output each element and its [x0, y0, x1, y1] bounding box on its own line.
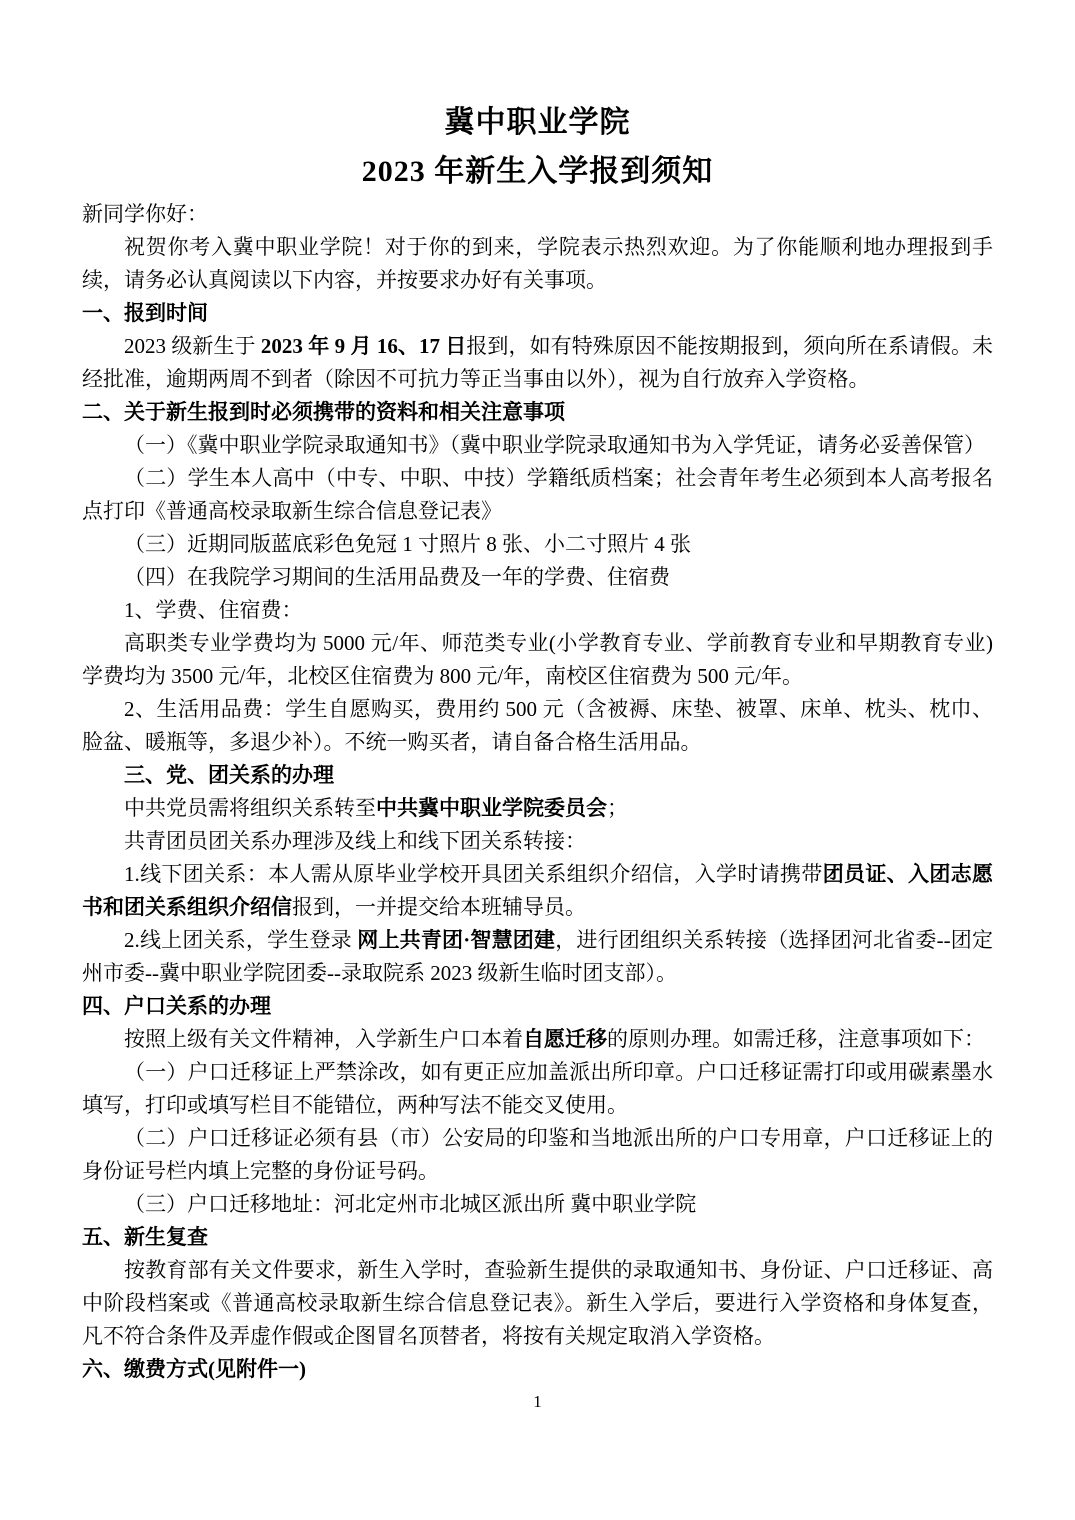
bold-text-run: 五、新生复查 — [82, 1225, 208, 1249]
text-run: ； — [607, 796, 628, 820]
text-run: （一）《冀中职业学院录取通知书》（冀中职业学院录取通知书为入学凭证，请务必妥善保… — [124, 433, 985, 457]
title-block: 冀中职业学院 2023 年新生入学报到须知 — [82, 98, 993, 196]
bold-text-run: 二、关于新生报到时必须携带的资料和相关注意事项 — [82, 400, 565, 424]
section-heading: 六、缴费方式(见附件一) — [82, 1353, 993, 1386]
paragraph: 按教育部有关文件要求，新生入学时，查验新生提供的录取通知书、身份证、户口迁移证、… — [82, 1254, 993, 1353]
text-run: 新同学你好： — [82, 202, 208, 226]
text-run: （四）在我院学习期间的生活用品费及一年的学费、住宿费 — [124, 565, 670, 589]
document-title: 冀中职业学院 — [82, 98, 993, 147]
document-content: 冀中职业学院 2023 年新生入学报到须知 新同学你好：祝贺你考入冀中职业学院！… — [82, 98, 993, 1386]
paragraph: 新同学你好： — [82, 198, 993, 231]
bold-text-run: 一、报到时间 — [82, 301, 208, 325]
bold-text-run: 自愿迁移 — [523, 1027, 607, 1051]
paragraph: 2023 级新生于 2023 年 9 月 16、17 日报到，如有特殊原因不能按… — [82, 330, 993, 396]
text-run: 按照上级有关文件精神，入学新生户口本着 — [124, 1027, 523, 1051]
section-heading: 一、报到时间 — [82, 297, 993, 330]
text-run: （三）近期同版蓝底彩色免冠 1 寸照片 8 张、小二寸照片 4 张 — [124, 532, 691, 556]
document-page: 冀中职业学院 2023 年新生入学报到须知 新同学你好：祝贺你考入冀中职业学院！… — [0, 0, 1075, 1520]
document-body: 新同学你好：祝贺你考入冀中职业学院！对于你的到来，学院表示热烈欢迎。为了你能顺利… — [82, 198, 993, 1386]
paragraph: （三）近期同版蓝底彩色免冠 1 寸照片 8 张、小二寸照片 4 张 — [82, 528, 993, 561]
paragraph: 共青团员团关系办理涉及线上和线下团关系转接： — [82, 825, 993, 858]
text-run: （一）户口迁移证上严禁涂改，如有更正应加盖派出所印章。户口迁移证需打印或用碳素墨… — [82, 1060, 993, 1117]
text-run: （三）户口迁移地址：河北定州市北城区派出所 冀中职业学院 — [124, 1192, 696, 1216]
paragraph: 2.线上团关系，学生登录 网上共青团·智慧团建，进行团组织关系转接（选择团河北省… — [82, 924, 993, 990]
section-heading: 四、户口关系的办理 — [82, 990, 993, 1023]
paragraph: （二）户口迁移证必须有县（市）公安局的印鉴和当地派出所的户口专用章，户口迁移证上… — [82, 1122, 993, 1188]
page-number: 1 — [0, 1392, 1075, 1412]
bold-text-run: 六、缴费方式 — [82, 1357, 208, 1381]
paragraph: （四）在我院学习期间的生活用品费及一年的学费、住宿费 — [82, 561, 993, 594]
text-run: 2023 级新生于 — [124, 334, 261, 358]
text-run: 2.线上团关系，学生登录 — [124, 928, 357, 952]
paragraph: 1.线下团关系：本人需从原毕业学校开具团关系组织介绍信，入学时请携带团员证、入团… — [82, 858, 993, 924]
bold-text-run: 三、党、团关系的办理 — [124, 763, 334, 787]
bold-text-run: 中共冀中职业学院委员会 — [376, 796, 607, 820]
text-run: 1.线下团关系：本人需从原毕业学校开具团关系组织介绍信，入学时请携带 — [124, 862, 823, 886]
bold-text-run: 2023 年 9 月 16、17 日 — [261, 334, 466, 358]
paragraph: 1、学费、住宿费： — [82, 594, 993, 627]
section-heading: 五、新生复查 — [82, 1221, 993, 1254]
bold-text-run: 网上共青团·智慧团建 — [357, 928, 555, 952]
text-run: （二）学生本人高中（中专、中职、中技）学籍纸质档案；社会青年考生必须到本人高考报… — [82, 466, 993, 523]
text-run: 中共党员需将组织关系转至 — [124, 796, 376, 820]
text-run: （二）户口迁移证必须有县（市）公安局的印鉴和当地派出所的户口专用章，户口迁移证上… — [82, 1126, 993, 1183]
paragraph: （三）户口迁移地址：河北定州市北城区派出所 冀中职业学院 — [82, 1188, 993, 1221]
text-run: (见附件一) — [208, 1357, 306, 1381]
paragraph: 中共党员需将组织关系转至中共冀中职业学院委员会； — [82, 792, 993, 825]
text-run: 祝贺你考入冀中职业学院！对于你的到来，学院表示热烈欢迎。为了你能顺利地办理报到手… — [82, 235, 993, 292]
text-run: 共青团员团关系办理涉及线上和线下团关系转接： — [124, 829, 586, 853]
text-run: 高职类专业学费均为 5000 元/年、师范类专业(小学教育专业、学前教育专业和早… — [82, 631, 993, 688]
paragraph: 2、生活用品费：学生自愿购买，费用约 500 元（含被褥、床垫、被罩、床单、枕头… — [82, 693, 993, 759]
section-heading: 二、关于新生报到时必须携带的资料和相关注意事项 — [82, 396, 993, 429]
paragraph: 按照上级有关文件精神，入学新生户口本着自愿迁移的原则办理。如需迁移，注意事项如下… — [82, 1023, 993, 1056]
paragraph: （一）户口迁移证上严禁涂改，如有更正应加盖派出所印章。户口迁移证需打印或用碳素墨… — [82, 1056, 993, 1122]
text-run: 按教育部有关文件要求，新生入学时，查验新生提供的录取通知书、身份证、户口迁移证、… — [82, 1258, 993, 1348]
paragraph: 高职类专业学费均为 5000 元/年、师范类专业(小学教育专业、学前教育专业和早… — [82, 627, 993, 693]
text-run: 的原则办理。如需迁移，注意事项如下： — [607, 1027, 985, 1051]
paragraph: （二）学生本人高中（中专、中职、中技）学籍纸质档案；社会青年考生必须到本人高考报… — [82, 462, 993, 528]
document-subtitle: 2023 年新生入学报到须知 — [82, 147, 993, 196]
paragraph: 祝贺你考入冀中职业学院！对于你的到来，学院表示热烈欢迎。为了你能顺利地办理报到手… — [82, 231, 993, 297]
text-run: 报到，一并提交给本班辅导员。 — [292, 895, 586, 919]
paragraph: （一）《冀中职业学院录取通知书》（冀中职业学院录取通知书为入学凭证，请务必妥善保… — [82, 429, 993, 462]
bold-text-run: 四、户口关系的办理 — [82, 994, 271, 1018]
section-heading: 三、党、团关系的办理 — [82, 759, 993, 792]
text-run: 1、学费、住宿费： — [124, 598, 303, 622]
text-run: 2、生活用品费：学生自愿购买，费用约 500 元（含被褥、床垫、被罩、床单、枕头… — [82, 697, 993, 754]
